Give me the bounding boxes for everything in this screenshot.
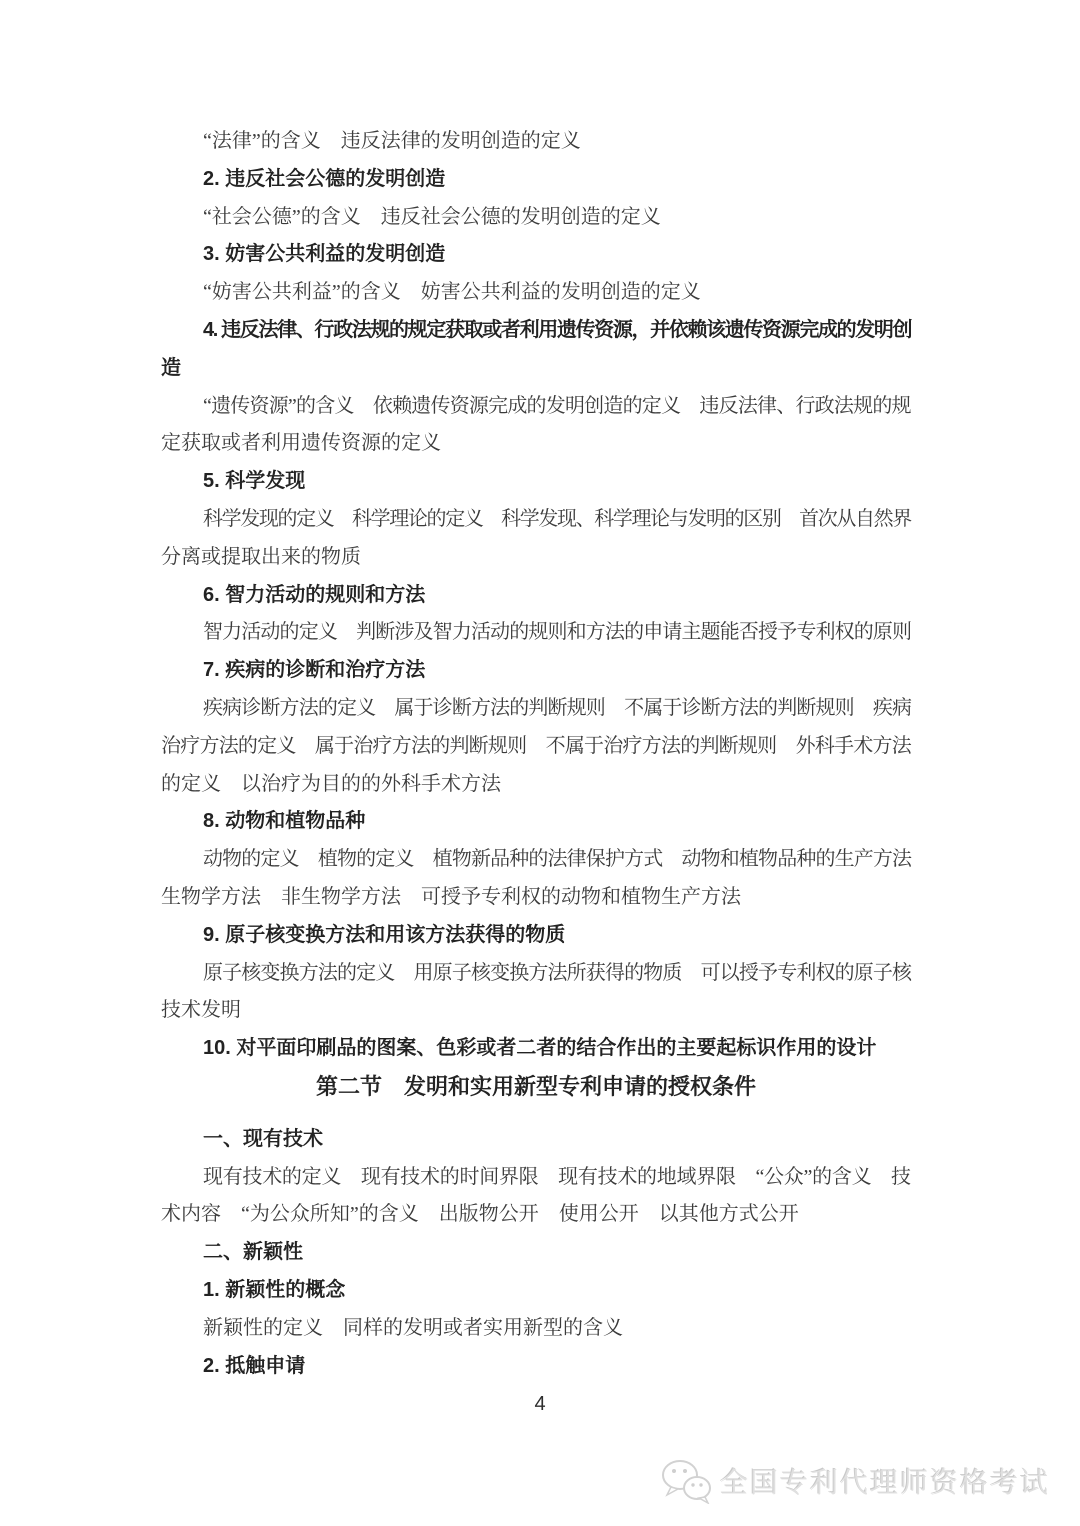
document-page: “法律”的含义 违反法律的发明创造的定义2. 违反社会公德的发明创造“社会公德”… — [0, 0, 1080, 1526]
outline-heading: 7. 疾病的诊断和治疗方法 — [161, 652, 911, 690]
outline-text: 疾病诊断方法的定义 属于诊断方法的判断规则 不属于诊断方法的判断规则 疾病 — [161, 690, 911, 728]
page-number: 4 — [0, 1393, 1080, 1416]
outline-heading: 2. 违反社会公德的发明创造 — [161, 161, 911, 199]
watermark: 全国专利代理师资格考试 — [659, 1458, 1050, 1504]
outline-text: 分离或提取出来的物质 — [161, 539, 911, 577]
outline-text: 动物的定义 植物的定义 植物新品种的法律保护方式 动物和植物品种的生产方法 — [161, 841, 911, 879]
outline-text: “社会公德”的含义 违反社会公德的发明创造的定义 — [161, 199, 911, 237]
outline-text: 现有技术的定义 现有技术的时间界限 现有技术的地域界限 “公众”的含义 技 — [161, 1159, 911, 1197]
outline-text: 新颖性的定义 同样的发明或者实用新型的含义 — [161, 1310, 911, 1348]
outline-text: 定获取或者利用遗传资源的定义 — [161, 425, 911, 463]
outline-heading: 6. 智力活动的规则和方法 — [161, 577, 911, 615]
outline-text: 原子核变换方法的定义 用原子核变换方法所获得的物质 可以授予专利权的原子核 — [161, 955, 911, 993]
wechat-icon — [659, 1458, 713, 1504]
document-body: “法律”的含义 违反法律的发明创造的定义2. 违反社会公德的发明创造“社会公德”… — [161, 123, 911, 1385]
outline-heading: 10. 对平面印刷品的图案、色彩或者二者的结合作出的主要起标识作用的设计 — [161, 1030, 911, 1068]
watermark-text: 全国专利代理师资格考试 — [720, 1461, 1050, 1501]
outline-heading: 1. 新颖性的概念 — [161, 1272, 911, 1310]
outline-heading: 造 — [161, 350, 911, 388]
outline-heading: 一、现有技术 — [161, 1121, 911, 1159]
outline-heading: 8. 动物和植物品种 — [161, 803, 911, 841]
outline-text: 治疗方法的定义 属于治疗方法的判断规则 不属于治疗方法的判断规则 外科手术方法 — [161, 728, 911, 766]
outline-heading: 9. 原子核变换方法和用该方法获得的物质 — [161, 917, 911, 955]
outline-heading: 3. 妨害公共利益的发明创造 — [161, 236, 911, 274]
outline-heading: 5. 科学发现 — [161, 463, 911, 501]
outline-text: 术内容 “为公众所知”的含义 出版物公开 使用公开 以其他方式公开 — [161, 1196, 911, 1234]
outline-text: 技术发明 — [161, 992, 911, 1030]
section-heading: 第二节 发明和实用新型专利申请的授权条件 — [161, 1068, 911, 1106]
outline-text: 生物学方法 非生物学方法 可授予专利权的动物和植物生产方法 — [161, 879, 911, 917]
outline-text: “法律”的含义 违反法律的发明创造的定义 — [161, 123, 911, 161]
outline-heading: 4. 违反法律、行政法规的规定获取或者利用遗传资源，并依赖该遗传资源完成的发明创 — [161, 312, 911, 350]
outline-heading: 二、新颖性 — [161, 1234, 911, 1272]
outline-heading: 2. 抵触申请 — [161, 1348, 911, 1386]
outline-text: “遗传资源”的含义 依赖遗传资源完成的发明创造的定义 违反法律、行政法规的规 — [161, 388, 911, 426]
outline-text: 的定义 以治疗为目的的外科手术方法 — [161, 766, 911, 804]
outline-text: 智力活动的定义 判断涉及智力活动的规则和方法的申请主题能否授予专利权的原则 — [161, 614, 911, 652]
outline-text: “妨害公共利益”的含义 妨害公共利益的发明创造的定义 — [161, 274, 911, 312]
outline-text: 科学发现的定义 科学理论的定义 科学发现、科学理论与发明的区别 首次从自然界 — [161, 501, 911, 539]
